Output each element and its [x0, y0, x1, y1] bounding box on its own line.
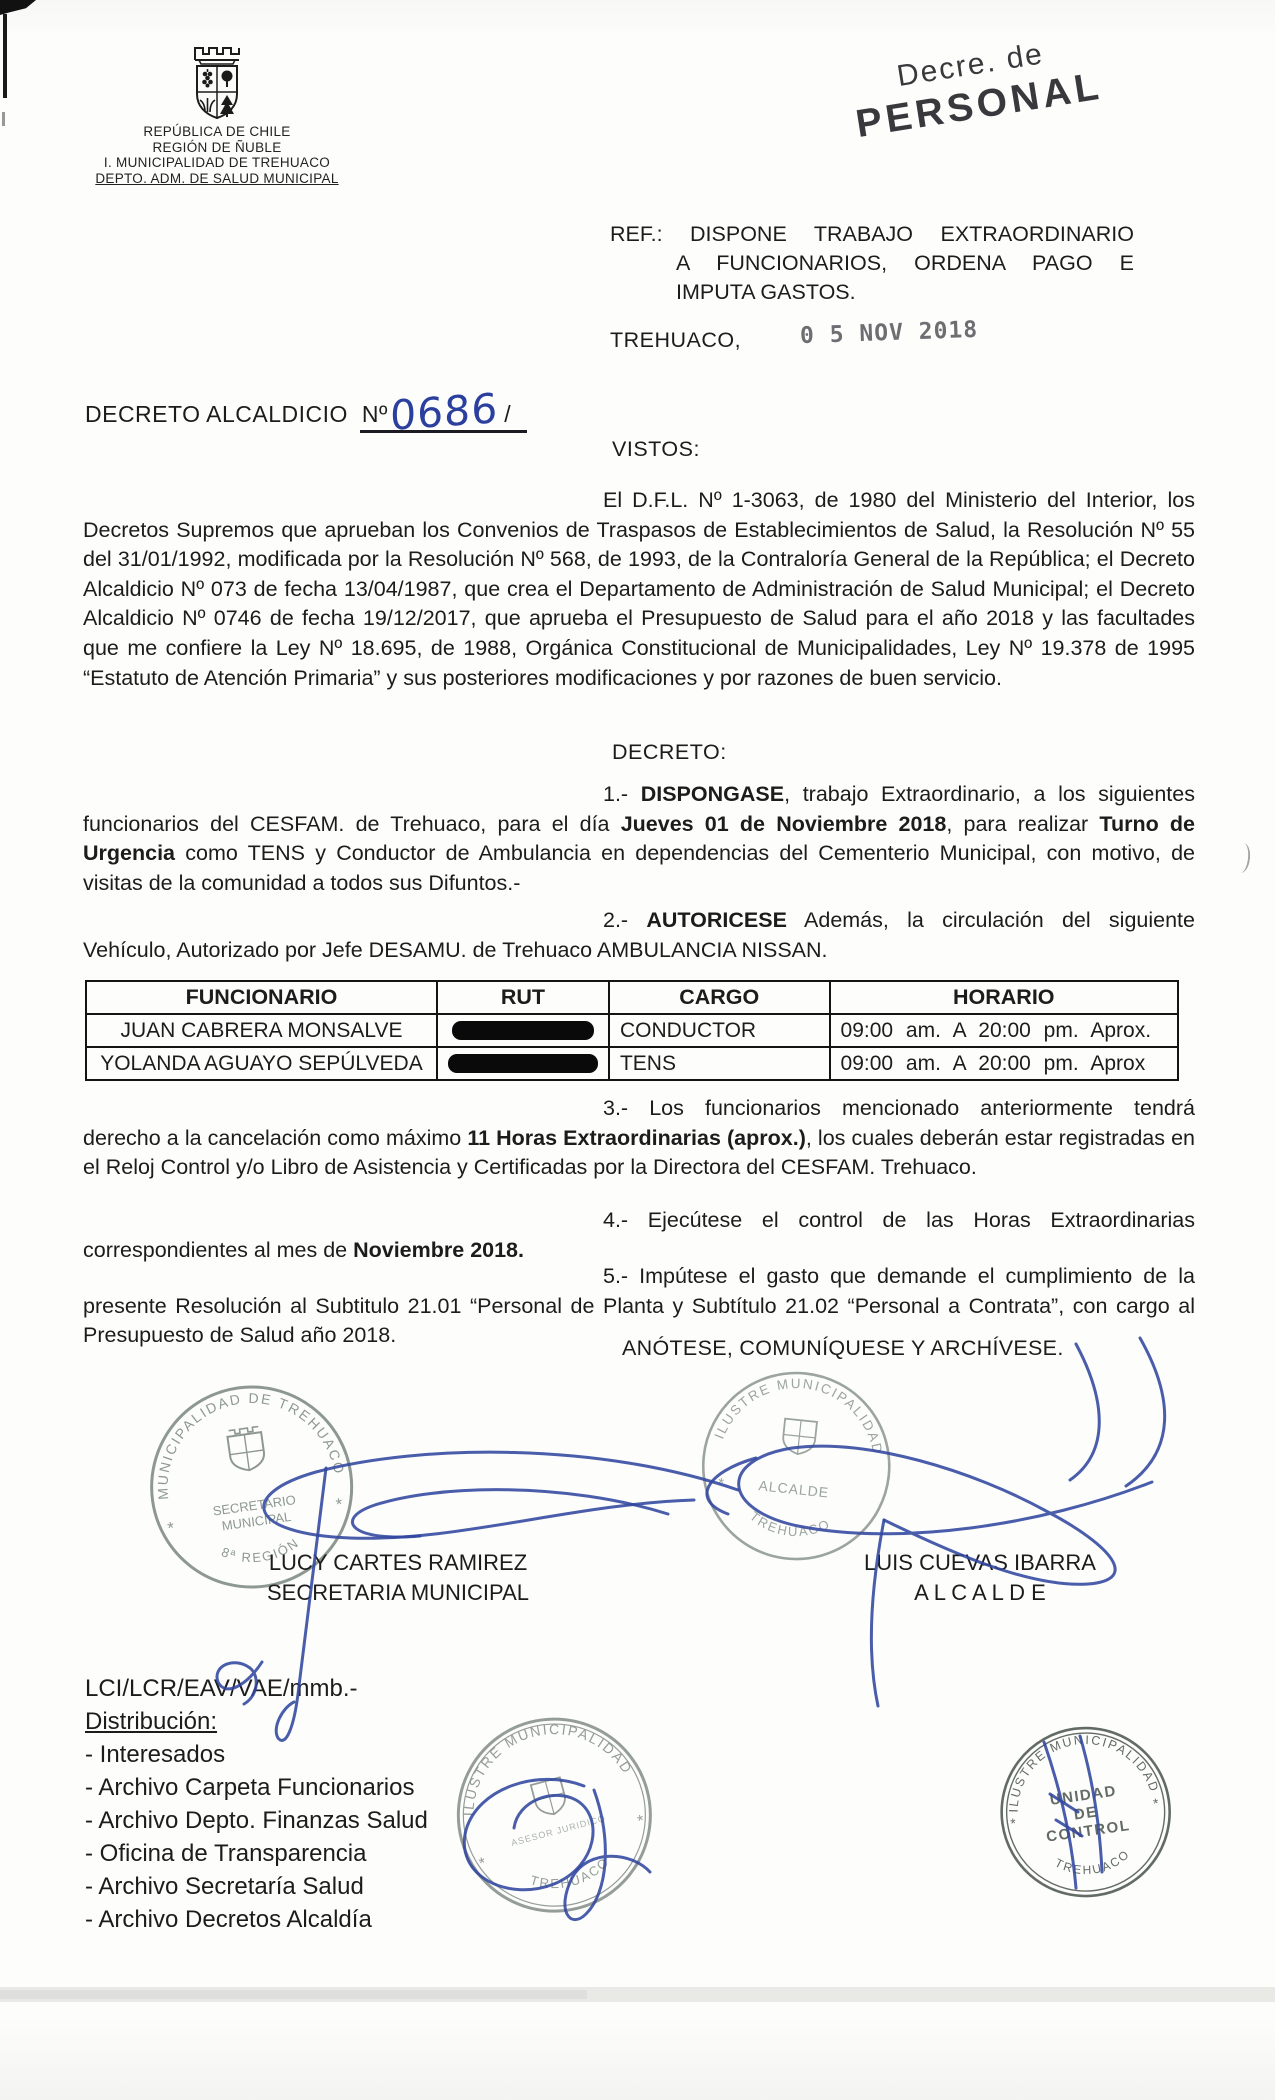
svg-text:TREHUACO: TREHUACO — [746, 1508, 835, 1544]
city-label: TREHUACO, — [610, 328, 741, 353]
table-header-row: FUNCIONARIO RUT CARGO HORARIO — [86, 981, 1178, 1014]
closing-formula: ANÓTESE, COMUNÍQUESE Y ARCHÍVESE. — [622, 1336, 1064, 1361]
decree-slash: / — [504, 401, 511, 427]
scan-corner-artifact — [0, 0, 36, 15]
distribution-item: - Interesados — [85, 1738, 428, 1771]
footer-initials: LCI/LCR/EAV/VAE/mmb.- — [85, 1672, 428, 1705]
redaction-bar — [452, 1021, 594, 1040]
cell-rut-redacted — [437, 1014, 609, 1047]
cell-horario: 09:00 am. A 20:00 pm. Aprox. — [830, 1014, 1178, 1047]
letterhead-line-municipalidad: I. MUNICIPALIDAD DE TREHUACO — [82, 155, 352, 171]
control-round-stamp: ILUSTRE MUNICIPALIDAD UNIDAD DE CONTROL … — [986, 1713, 1185, 1917]
distribution-item: - Oficina de Transparencia — [85, 1837, 428, 1870]
staff-table: FUNCIONARIO RUT CARGO HORARIO JUAN CABRE… — [85, 980, 1179, 1081]
cell-cargo: CONDUCTOR — [609, 1014, 830, 1047]
legal-stamp-icon: ILUSTRE MUNICIPALIDAD ASESOR JURIDICO TR… — [431, 1691, 678, 1938]
star-icon: * — [335, 1495, 345, 1515]
decree-prefix: DECRETO ALCALDICIO — [85, 401, 348, 427]
decreto-item-2: 2.- AUTORICESE Además, la circulación de… — [83, 906, 1195, 965]
vistos-paragraph: El D.F.L. Nº 1-3063, de 1980 del Ministe… — [83, 486, 1195, 693]
redaction-bar — [448, 1054, 598, 1073]
date-stamp: 0 5 NOV 2018 — [800, 317, 979, 349]
alcalde-round-stamp: ILUSTRE MUNICIPALIDAD ALCALDE TREHUACO * — [688, 1358, 904, 1578]
cell-cargo: TENS — [609, 1047, 830, 1080]
decree-number-underlined: Nº0686/ — [360, 394, 527, 433]
control-stamp-arc-bottom: TREHUACO — [1051, 1845, 1135, 1882]
col-header-horario: HORARIO — [830, 981, 1178, 1014]
ref-line-2: A FUNCIONARIOS, ORDENA PAGO E — [610, 249, 1134, 278]
secretary-title: SECRETARIA MUNICIPAL — [238, 1578, 558, 1608]
cell-funcionario: JUAN CABRERA MONSALVE — [86, 1014, 437, 1047]
alcalde-title: A L C A L D E — [820, 1578, 1140, 1608]
alcalde-stamp-center: ALCALDE — [758, 1477, 830, 1500]
alcalde-stamp-arc-top: ILUSTRE MUNICIPALIDAD — [711, 1367, 893, 1458]
personal-decree-stamp: Decre. de PERSONAL — [847, 29, 1105, 147]
letterhead-line-region: REGIÓN DE ÑUBLE — [82, 140, 352, 156]
alcalde-stamp-icon: ILUSTRE MUNICIPALIDAD ALCALDE TREHUACO * — [689, 1358, 904, 1573]
ref-line-3: IMPUTA GASTOS. — [610, 278, 1134, 307]
secretary-signature-block: LUCY CARTES RAMIREZ SECRETARIA MUNICIPAL — [238, 1548, 558, 1608]
star-icon: * — [477, 1855, 487, 1873]
letterhead-line-republica: REPÚBLICA DE CHILE — [82, 124, 352, 140]
scan-edge-artifact — [3, 14, 7, 98]
legal-stamp-arc-top: ILUSTRE MUNICIPALIDAD — [442, 1701, 637, 1821]
table-row: YOLANDA AGUAYO SEPÚLVEDA TENS 09:00 am. … — [86, 1047, 1178, 1080]
cell-funcionario: YOLANDA AGUAYO SEPÚLVEDA — [86, 1047, 437, 1080]
decree-num-symbol: Nº — [362, 401, 388, 427]
vistos-heading: VISTOS: — [612, 437, 700, 462]
svg-text:TREHUACO: TREHUACO — [1051, 1845, 1135, 1882]
alcalde-name: LUIS CUEVAS IBARRA — [820, 1548, 1140, 1578]
star-icon: * — [166, 1518, 176, 1538]
distribution-item: - Archivo Decretos Alcaldía — [85, 1903, 428, 1936]
decreto-item-1: 1.- DISPONGASE, trabajo Extraordinario, … — [83, 780, 1195, 898]
decreto-item-3: 3.- Los funcionarios mencionado anterior… — [83, 1094, 1195, 1183]
alcalde-stamp-arc-bottom: TREHUACO — [746, 1508, 835, 1544]
alcalde-signature-block: LUIS CUEVAS IBARRA A L C A L D E — [820, 1548, 1140, 1608]
table-row: JUAN CABRERA MONSALVE CONDUCTOR 09:00 am… — [86, 1014, 1178, 1047]
control-stamp-icon: ILUSTRE MUNICIPALIDAD UNIDAD DE CONTROL … — [986, 1713, 1185, 1912]
decreto-item-4: 4.- Ejecútese el control de las Horas Ex… — [83, 1206, 1195, 1265]
svg-text:ILUSTRE MUNICIPALIDAD: ILUSTRE MUNICIPALIDAD — [711, 1367, 893, 1458]
decree-number-line: DECRETO ALCALDICIONº0686/ — [85, 394, 527, 433]
legal-stamp-center: ASESOR JURIDICO — [510, 1813, 607, 1848]
letterhead: REPÚBLICA DE CHILE REGIÓN DE ÑUBLE I. MU… — [82, 40, 352, 186]
distribution-item: - Archivo Carpeta Funcionarios — [85, 1771, 428, 1804]
letterhead-line-depto: DEPTO. ADM. DE SALUD MUNICIPAL — [82, 171, 352, 187]
star-icon: * — [1152, 1795, 1160, 1812]
col-header-funcionario: FUNCIONARIO — [86, 981, 437, 1014]
footer-block: LCI/LCR/EAV/VAE/mmb.- Distribución: - In… — [85, 1672, 428, 1936]
col-header-rut: RUT — [437, 981, 609, 1014]
ref-line-1: REF.: DISPONE TRABAJO EXTRAORDINARIO — [610, 220, 1134, 249]
cell-rut-redacted — [437, 1047, 609, 1080]
scan-edge-artifact-small — [2, 112, 5, 126]
cell-horario: 09:00 am. A 20:00 pm. Aprox — [830, 1047, 1178, 1080]
star-icon: * — [1009, 1815, 1017, 1832]
scan-pen-mark — [1235, 842, 1251, 873]
control-stamp-center2: DE — [1073, 1803, 1099, 1823]
secretary-name: LUCY CARTES RAMIREZ — [238, 1548, 558, 1578]
distribution-item: - Archivo Secretaría Salud — [85, 1870, 428, 1903]
scanned-decree-document: REPÚBLICA DE CHILE REGIÓN DE ÑUBLE I. MU… — [0, 0, 1275, 2100]
municipal-coat-of-arms-icon — [185, 40, 249, 120]
legal-round-stamp: ILUSTRE MUNICIPALIDAD ASESOR JURIDICO TR… — [431, 1691, 680, 1943]
star-icon: * — [717, 1475, 725, 1493]
svg-text:ILUSTRE MUNICIPALIDAD: ILUSTRE MUNICIPALIDAD — [442, 1701, 637, 1821]
decree-handwritten-number: 0686 — [390, 394, 498, 430]
decreto-heading: DECRETO: — [612, 740, 727, 765]
col-header-cargo: CARGO — [609, 981, 830, 1014]
reference-block: REF.: DISPONE TRABAJO EXTRAORDINARIO A F… — [610, 220, 1134, 307]
distribution-item: - Archivo Depto. Finanzas Salud — [85, 1804, 428, 1837]
distribution-label: Distribución: — [85, 1705, 428, 1738]
scan-bottom-band-shade — [0, 1990, 587, 1999]
